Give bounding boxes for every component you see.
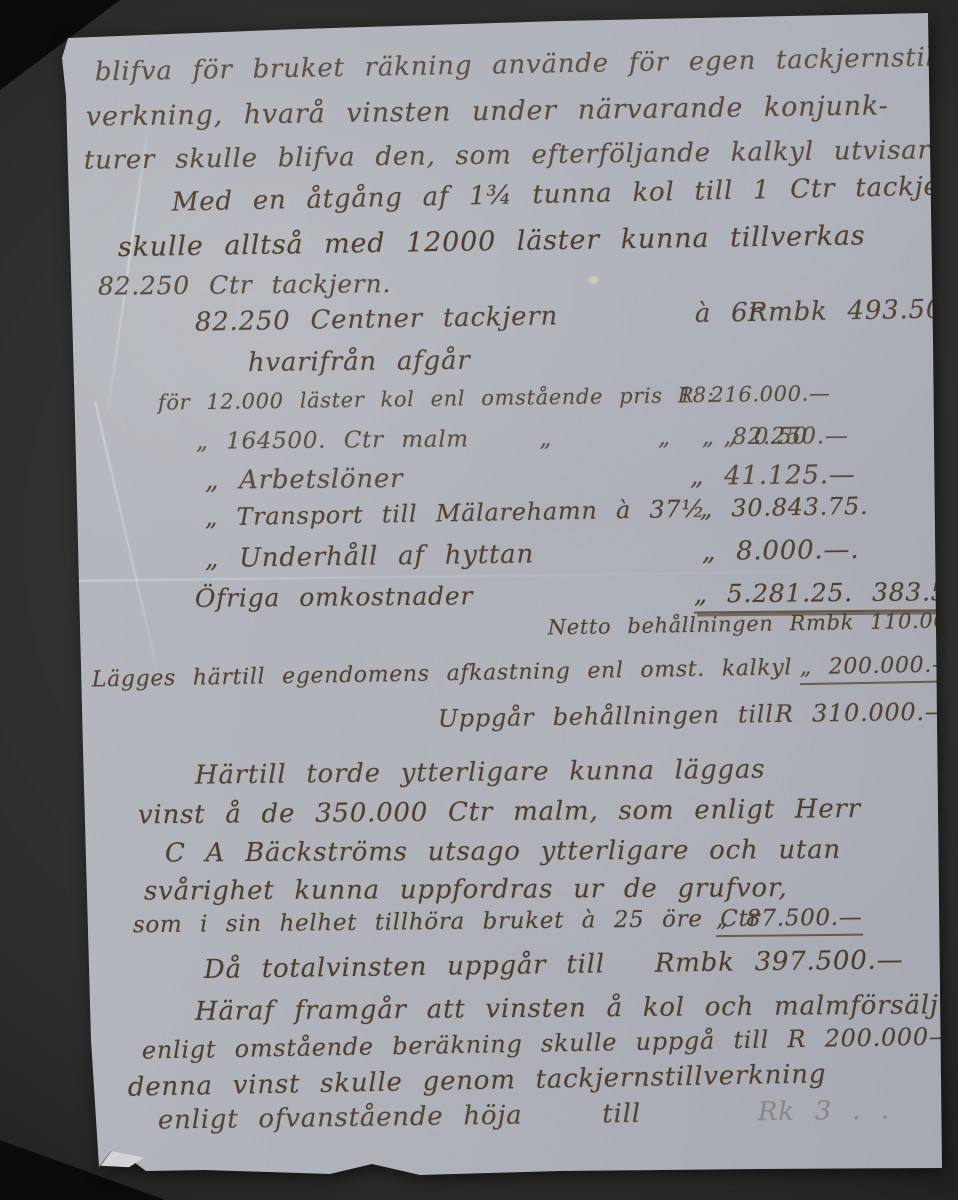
line-amount: „ 200.000.—	[800, 652, 955, 685]
paper-sheet: blifva för bruket räkning använde för eg…	[0, 0, 958, 1200]
line-text: skulle alltså med 12000 läster kunna til…	[118, 220, 866, 263]
line-text: hvarifrån afgår	[248, 346, 471, 378]
line-amount: Rmbk 493.500.—	[748, 294, 958, 328]
line-text: Uppgår behållningen till	[438, 700, 774, 733]
line-text: 82.250 Ctr tackjern.	[98, 269, 391, 301]
manuscript-line: Då totalvinsten uppgår tillRmbk 397.500.…	[0, 944, 958, 997]
line-text: blifva för bruket räkning använde för eg…	[95, 42, 954, 87]
line-text: Häraf framgår att vinsten å kol och malm…	[195, 990, 958, 1027]
paper-crease	[79, 1010, 91, 1160]
line-amount: „ 5.281.25. 383.500—	[694, 577, 958, 614]
line-text: enligt ofvanstående höja till	[158, 1099, 641, 1136]
manuscript-line: verkning, hvarå vinsten under närvarande…	[0, 89, 958, 142]
line-text: verkning, hvarå vinsten under närvarande…	[86, 90, 889, 132]
document-paper: blifva för bruket räkning använde för eg…	[0, 0, 958, 1200]
line-text: Då totalvinsten uppgår till	[204, 949, 605, 985]
line-amount: Rk 3 . .	[758, 1095, 891, 1127]
line-text: „ Underhåll af hyttan	[205, 539, 534, 574]
line-amount: „ 41.125.—	[690, 460, 856, 491]
line-text: turer skulle blifva den, som efterföljan…	[84, 135, 937, 175]
line-amount: R 216.000.—	[678, 381, 831, 407]
line-text: Härtill torde ytterligare kunna läggas	[195, 755, 766, 791]
line-amount: „ 8.000.—.	[702, 535, 860, 567]
line-text: 82.250 Centner tackjern	[195, 301, 559, 337]
line-text: Öfriga omkostnader	[195, 581, 473, 612]
line-text: svårighet kunna uppfordras ur de grufvor…	[144, 873, 788, 906]
line-text: „ Arbetslöner	[205, 464, 404, 496]
line-amount: R 310.000.—	[775, 698, 950, 728]
line-text: som i sin helhet tillhöra bruket à 25 ör…	[133, 906, 761, 939]
photo-backdrop: blifva för bruket räkning använde för eg…	[0, 0, 958, 1200]
line-amount: Rmbk 397.500.—	[655, 945, 904, 978]
line-text: vinst å de 350.000 Ctr malm, som enligt …	[138, 794, 861, 830]
line-amount: „ 87.500.—	[716, 905, 863, 938]
line-amount: „ 82.250.—	[702, 423, 849, 450]
line-amount: „ 30.843.75.	[700, 492, 869, 523]
manuscript-text-layer: blifva för bruket räkning använde för eg…	[0, 0, 958, 1200]
line-text: C A Bäckströms utsago ytterligare och ut…	[165, 835, 841, 869]
